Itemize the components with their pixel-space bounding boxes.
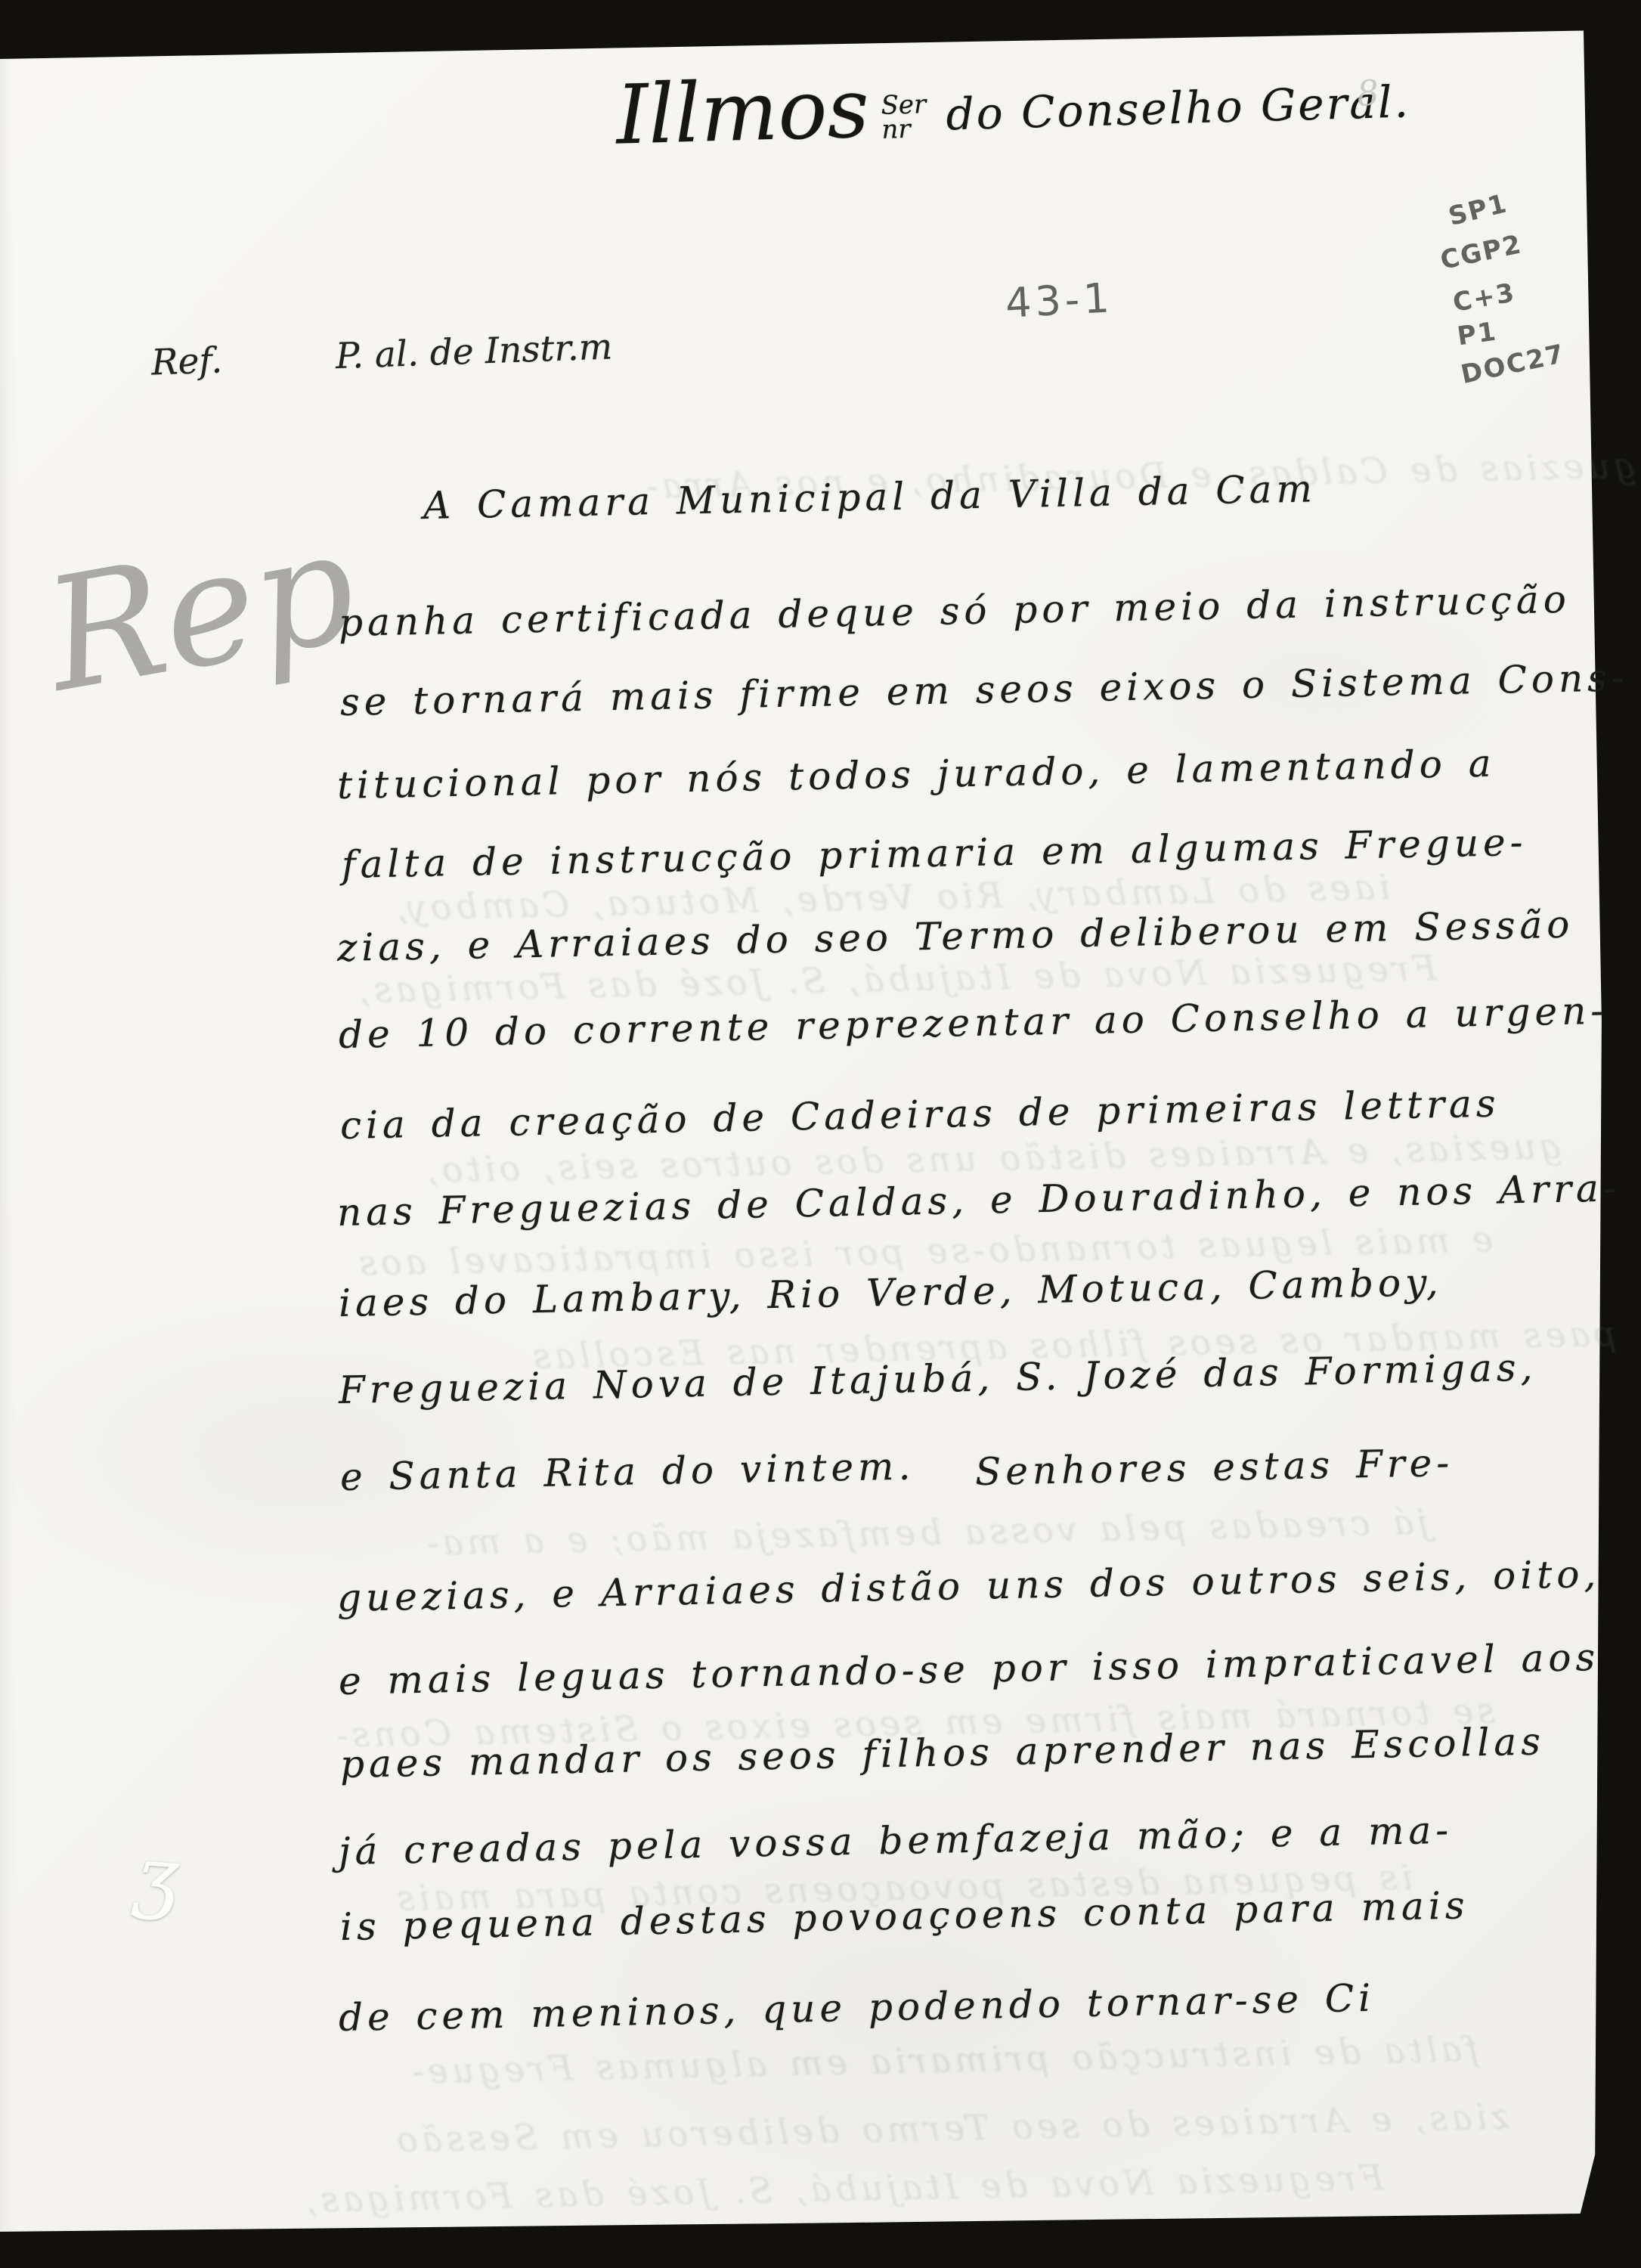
scanned-manuscript-photo: { "letter": { "heading": { "illmos": "Il… [0, 0, 1641, 2268]
reference-label: Ref. [150, 339, 223, 383]
heading-abbreviation: Ser nr [881, 92, 927, 142]
archival-code: P1 [1455, 317, 1499, 352]
heading-illmos: Illmos [615, 68, 870, 156]
body-line: Senhores estas Fre- [974, 1441, 1454, 1494]
embossed-paper-mark: ʒ [132, 1828, 182, 1923]
heading-addressee: do Conselho Geral. [946, 76, 1411, 140]
page-number-annotation: 8 [1355, 72, 1381, 114]
document-code-annotation: 43-1 [1004, 274, 1114, 327]
heading-abbrev-bottom: nr [881, 117, 927, 143]
